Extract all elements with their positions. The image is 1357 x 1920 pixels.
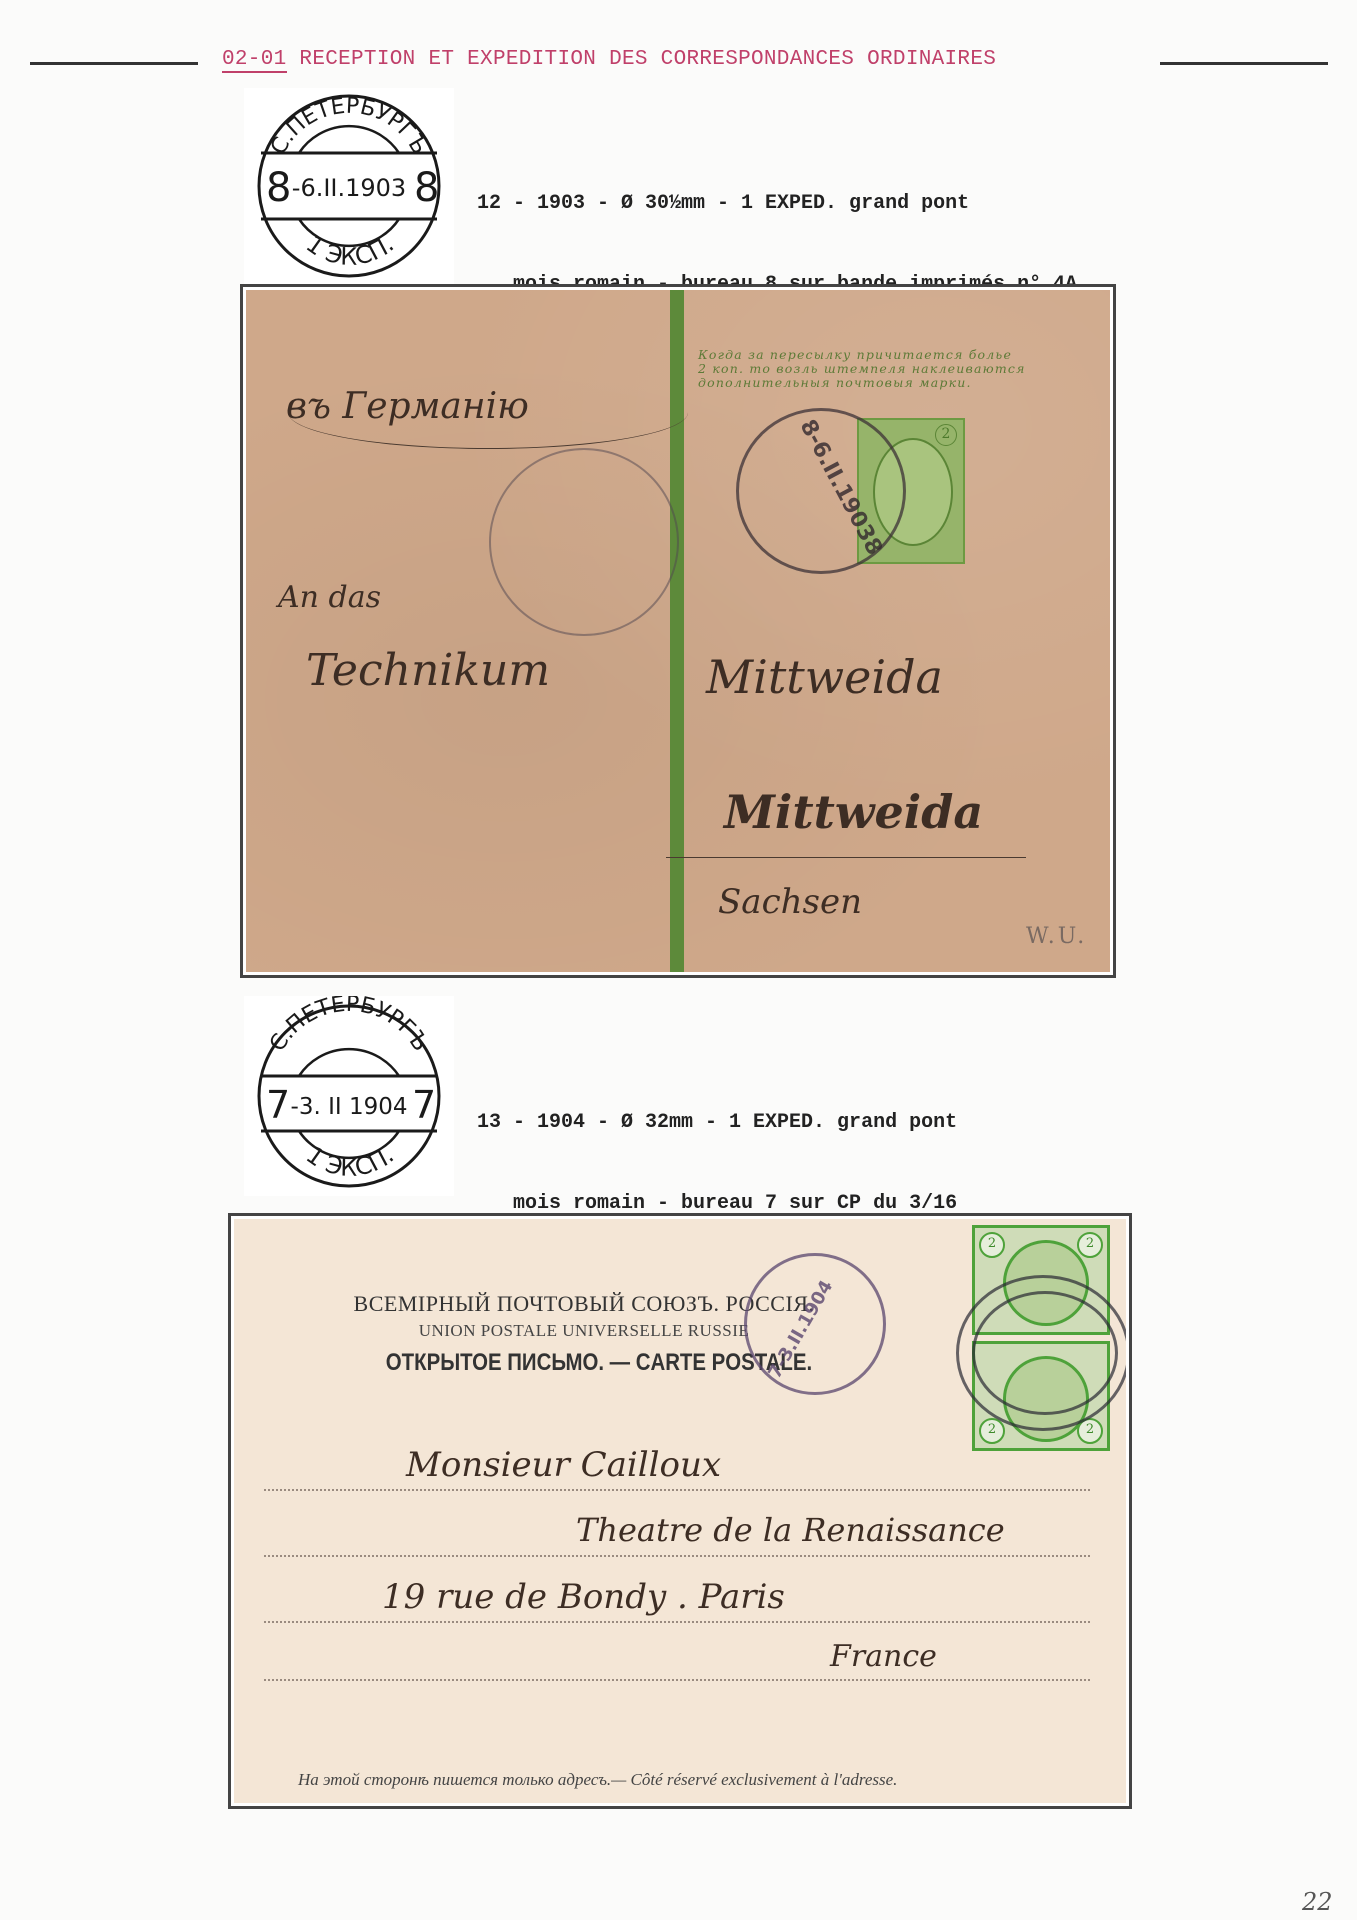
svg-text:С.ПЕТЕРБУРГЪ: С.ПЕТЕРБУРГЪ (265, 996, 433, 1056)
postmark-circle-icon: С.ПЕТЕРБУРГЪ 8 -6.II.1903 8 1 ЭКСП. (244, 88, 454, 284)
stamp-value: 2 (979, 1418, 1005, 1444)
cancellation-diagram-12: С.ПЕТЕРБУРГЪ 8 -6.II.1903 8 1 ЭКСП. (244, 88, 454, 284)
svg-text:-3. II 1904: -3. II 1904 (291, 1094, 408, 1120)
section-title: RECEPTION ET EXPEDITION DES CORRESPONDAN… (299, 48, 996, 71)
wavy-underline (666, 857, 1026, 858)
address-line-1: Monsieur Cailloux (406, 1445, 721, 1485)
header-rule-right (1160, 62, 1328, 65)
wu-mark: W.U. (1026, 924, 1087, 949)
page-number: 22 (1302, 1888, 1333, 1916)
notice-line: Когда за пересылку причитается болье (698, 348, 1098, 362)
page-title: 02-01 RECEPTION ET EXPEDITION DES CORRES… (222, 48, 996, 71)
handwritten-an-das: An das (278, 580, 381, 615)
address-dotted-line (264, 1555, 1090, 1557)
svg-text:8: 8 (414, 165, 439, 211)
address-line-2: Theatre de la Renaissance (576, 1511, 1005, 1549)
stamp-value: 2 (979, 1232, 1005, 1258)
address-dotted-line (264, 1489, 1090, 1491)
svg-text:1 ЭКСП.: 1 ЭКСП. (301, 230, 399, 271)
handwritten-addressee: Technikum (306, 645, 550, 696)
svg-text:-6.II.1903: -6.II.1903 (292, 174, 406, 202)
svg-text:1 ЭКСП.: 1 ЭКСП. (301, 1141, 399, 1182)
notice-line: 2 коп. то возль штемпеля наклеиваются (698, 362, 1098, 376)
cancellation-diagram-13: С.ПЕТЕРБУРГЪ 7 -3. II 1904 7 1 ЭКСП. (244, 996, 454, 1196)
card-footer-note: На этой сторонѣ пишется только адресъ.— … (298, 1770, 897, 1790)
stamp-pair: 2 2 2 2 (972, 1225, 1110, 1453)
header-rule-left (30, 62, 198, 65)
address-line-4: France (830, 1639, 937, 1674)
svg-text:7: 7 (412, 1083, 436, 1127)
description-line: 12 - 1903 - Ø 30½mm - 1 EXPED. grand pon… (477, 190, 1077, 217)
section-code: 02-01 (222, 48, 287, 73)
notice-line: дополнительныя почтовыя марки. (698, 376, 1098, 390)
printed-notice: Когда за пересылку причитается болье 2 к… (698, 348, 1098, 390)
address-line-3: 19 rue de Bondy . Paris (382, 1577, 785, 1617)
handwritten-city-underlined: Mittweida (724, 785, 983, 839)
address-dotted-line (264, 1621, 1090, 1623)
duplex-cancel-inner (972, 1291, 1118, 1415)
postmark-circle-icon: С.ПЕТЕРБУРГЪ 7 -3. II 1904 7 1 ЭКСП. (244, 996, 454, 1196)
svg-text:7: 7 (266, 1083, 290, 1127)
wrapper-cover-12: Когда за пересылку причитается болье 2 к… (240, 284, 1116, 978)
postcard-13: ВСЕМIРНЫЙ ПОЧТОВЫЙ СОЮЗЪ. РОССIЯ. UNION … (228, 1213, 1132, 1809)
stamp-value: 2 (1077, 1232, 1103, 1258)
stamp-value: 2 (935, 424, 957, 446)
svg-text:8: 8 (266, 165, 291, 211)
description-line: 13 - 1904 - Ø 32mm - 1 EXPED. grand pont (477, 1109, 957, 1136)
handwritten-city: Mittweida (706, 650, 943, 704)
underline-swash (288, 376, 688, 449)
postmark-faint (489, 448, 679, 636)
handwritten-region: Sachsen (718, 882, 862, 922)
address-dotted-line (264, 1679, 1090, 1681)
